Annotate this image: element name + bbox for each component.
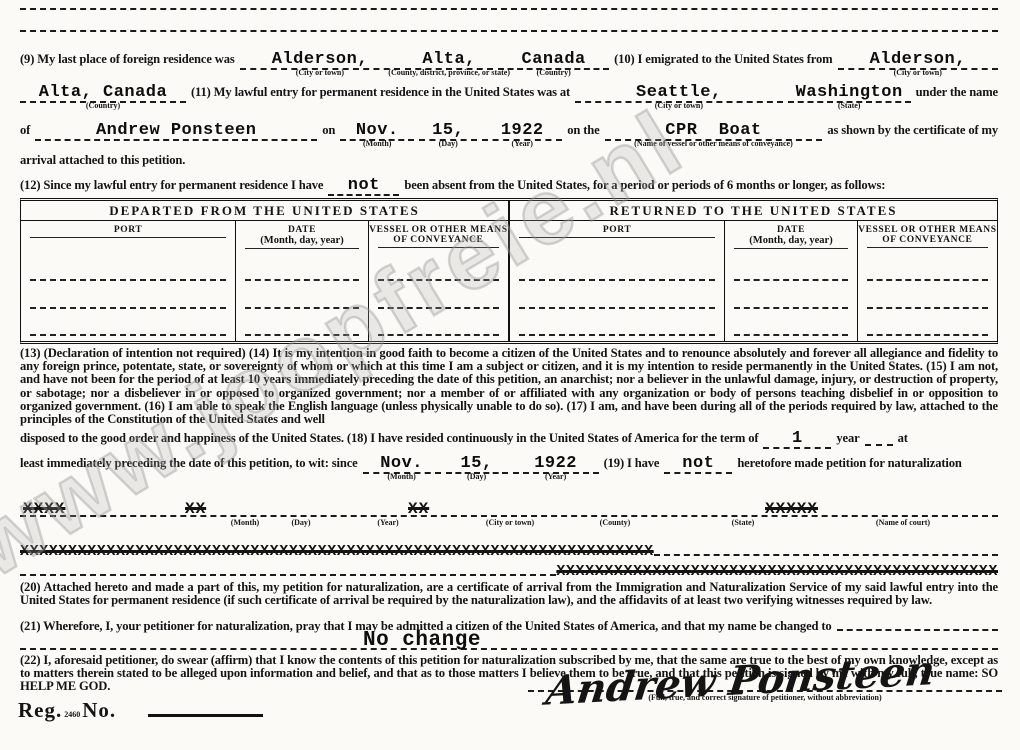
paragraph-20: (20) Attached hereto and made a part of … — [20, 581, 998, 607]
under-the-name-label: under the name — [916, 85, 998, 100]
item-9-label: (9) My last place of foreign residence w… — [20, 52, 235, 67]
blank-dashes — [654, 552, 998, 556]
field-caption: (Name of vessel or other means of convey… — [634, 139, 793, 148]
line-prior-petition-struck: XXXX XX XX XXXXX (Month) (Day) (Year) (C… — [20, 496, 998, 530]
field-caption: (Day) — [467, 472, 486, 481]
table-row — [510, 286, 724, 313]
signature-block: Andrew Ponsteen (Full, true, and correct… — [528, 660, 1002, 702]
column-date: DATE (Month, day, year) — [724, 221, 856, 341]
field-caption: (Year) — [512, 139, 533, 148]
field-caption: (Month) — [387, 472, 415, 481]
departed-title: DEPARTED FROM THE UNITED STATES — [21, 201, 508, 221]
column-port: PORT — [510, 221, 724, 341]
field-caption: (City or town) — [486, 518, 534, 527]
absence-table: DEPARTED FROM THE UNITED STATES PORT DAT… — [20, 198, 998, 344]
table-row — [236, 259, 367, 286]
field-name-change: No change — [363, 630, 481, 651]
struck-entry: XX — [408, 500, 429, 518]
item-11-label: (11) My lawful entry for permanent resid… — [191, 85, 570, 100]
field-since-month: Nov. (Month) — [363, 454, 441, 474]
struck-filler-line: XXXXXXXXXXXXXXXXXXXXXXXXXXXXXXXXXXXXXXXX… — [20, 564, 998, 579]
field-caption: (County, district, province, or state) — [388, 68, 510, 77]
table-row — [725, 286, 856, 313]
field-caption: (Country) — [537, 68, 571, 77]
field-vessel: CPR Boat (Name of vessel or other means … — [605, 121, 823, 141]
field-entry-city: Seattle, (City or town) — [575, 83, 783, 103]
petition-for-naturalization-document: www.joopfreie.nl (9) My last place of fo… — [0, 0, 1020, 750]
table-row — [858, 259, 997, 286]
field-emigrated-from-country: Alta, Canada (Country) — [20, 83, 186, 103]
registry-number-blank — [148, 714, 263, 717]
table-row — [510, 259, 724, 286]
field-entry-day: 15, (Day) — [419, 121, 477, 141]
field-caption: (City or town) — [655, 101, 703, 110]
line-arrival-attached: arrival attached to this petition. — [20, 153, 998, 168]
field-caption: (Day) — [439, 139, 458, 148]
blank-dashed-rule — [20, 515, 998, 517]
item-10-label: (10) I emigrated to the United States fr… — [614, 52, 832, 67]
item-12-label: (12) Since my lawful entry for permanent… — [20, 178, 323, 193]
table-row — [725, 314, 856, 341]
field-entry-state: Washington (State) — [788, 83, 911, 103]
reg-form-number: 2460 — [64, 710, 80, 719]
column-date: DATE (Month, day, year) — [235, 221, 367, 341]
departed-section: DEPARTED FROM THE UNITED STATES PORT DAT… — [21, 201, 510, 341]
item-19-label: (19) I have — [604, 456, 660, 471]
on-the-label: on the — [567, 123, 599, 138]
registry-number-row: Reg. 2460 No. — [18, 698, 263, 723]
struck-entry: XXXX — [23, 500, 65, 518]
field-term-years: 1 — [763, 429, 831, 449]
field-heretofore: not — [664, 454, 732, 474]
blank-dashed-rule — [20, 30, 998, 32]
no-label: No. — [82, 698, 116, 723]
field-caption: (State) — [838, 101, 861, 110]
blank-dashes — [20, 572, 556, 576]
field-caption: (Year) — [545, 472, 566, 481]
field-caption: (Month) — [363, 139, 391, 148]
field-caption: (Day) — [291, 518, 310, 527]
field-last-residence-province: Alta, (County, district, province, or st… — [405, 50, 493, 70]
table-row — [236, 286, 367, 313]
column-vessel: VESSEL OR OTHER MEANS OF CONVEYANCE — [857, 221, 997, 341]
field-caption: (City or town) — [894, 68, 942, 77]
field-caption: (Year) — [377, 518, 398, 527]
field-last-residence-country: Canada (Country) — [498, 50, 609, 70]
field-absent: not — [328, 176, 399, 196]
table-row — [858, 314, 997, 341]
of-label: of — [20, 123, 30, 138]
table-row — [236, 314, 367, 341]
table-row — [725, 259, 856, 286]
column-port: PORT — [21, 221, 235, 341]
on-label: on — [322, 123, 335, 138]
field-entry-name: Andrew Ponsteen — [35, 121, 317, 141]
table-row — [21, 314, 235, 341]
field-last-residence-city: Alderson, (City or town) — [240, 50, 401, 70]
line-18-residence-term: disposed to the good order and happiness… — [20, 429, 998, 449]
field-caption: (City or town) — [296, 68, 344, 77]
table-row — [21, 259, 235, 286]
line-name-change-answer: No change — [20, 630, 998, 650]
column-vessel: VESSEL OR OTHER MEANS OF CONVEYANCE — [368, 221, 508, 341]
field-entry-year: 1922 (Year) — [482, 121, 562, 141]
item-18-label: disposed to the good order and happiness… — [20, 431, 758, 446]
paragraph-13-17: (13) (Declaration of intention not requi… — [20, 347, 998, 426]
field-caption: (Name of court) — [876, 518, 930, 527]
field-since-day: 15, (Day) — [446, 454, 508, 474]
field-caption: (Month) — [231, 518, 259, 527]
table-row — [369, 286, 508, 313]
field-emigrated-from-city: Alderson, (City or town) — [838, 50, 999, 70]
table-row — [510, 314, 724, 341]
struck-filler-line: XXXXXXXXXXXXXXXXXXXXXXXXXXXXXXXXXXXXXXXX… — [20, 544, 998, 559]
returned-section: RETURNED TO THE UNITED STATES PORT DATE … — [510, 201, 997, 341]
table-row — [858, 286, 997, 313]
table-row — [369, 259, 508, 286]
certificate-label: as shown by the certificate of my — [827, 123, 998, 138]
field-entry-month: Nov. (Month) — [340, 121, 414, 141]
field-caption: (State) — [732, 518, 755, 527]
blank-dashes — [865, 442, 893, 446]
blank-dashed-rule — [20, 8, 998, 10]
line-11-lawful-entry: Alta, Canada (Country) (11) My lawful en… — [20, 83, 998, 103]
line-12-absence: (12) Since my lawful entry for permanent… — [20, 176, 998, 196]
field-caption: (County) — [600, 518, 631, 527]
field-since-year: 1922 (Year) — [513, 454, 599, 474]
table-row — [369, 314, 508, 341]
line-19-since-date: least immediately preceding the date of … — [20, 454, 998, 474]
table-row — [21, 286, 235, 313]
reg-label: Reg. — [18, 698, 62, 723]
struck-entry: XXXXX — [765, 500, 818, 518]
line-9-foreign-residence: (9) My last place of foreign residence w… — [20, 50, 998, 70]
field-caption: (Country) — [86, 101, 120, 110]
returned-title: RETURNED TO THE UNITED STATES — [510, 201, 997, 221]
struck-entry: XX — [185, 500, 206, 518]
line-entry-name-date-vessel: of Andrew Ponsteen on Nov. (Month) 15, (… — [20, 121, 998, 141]
